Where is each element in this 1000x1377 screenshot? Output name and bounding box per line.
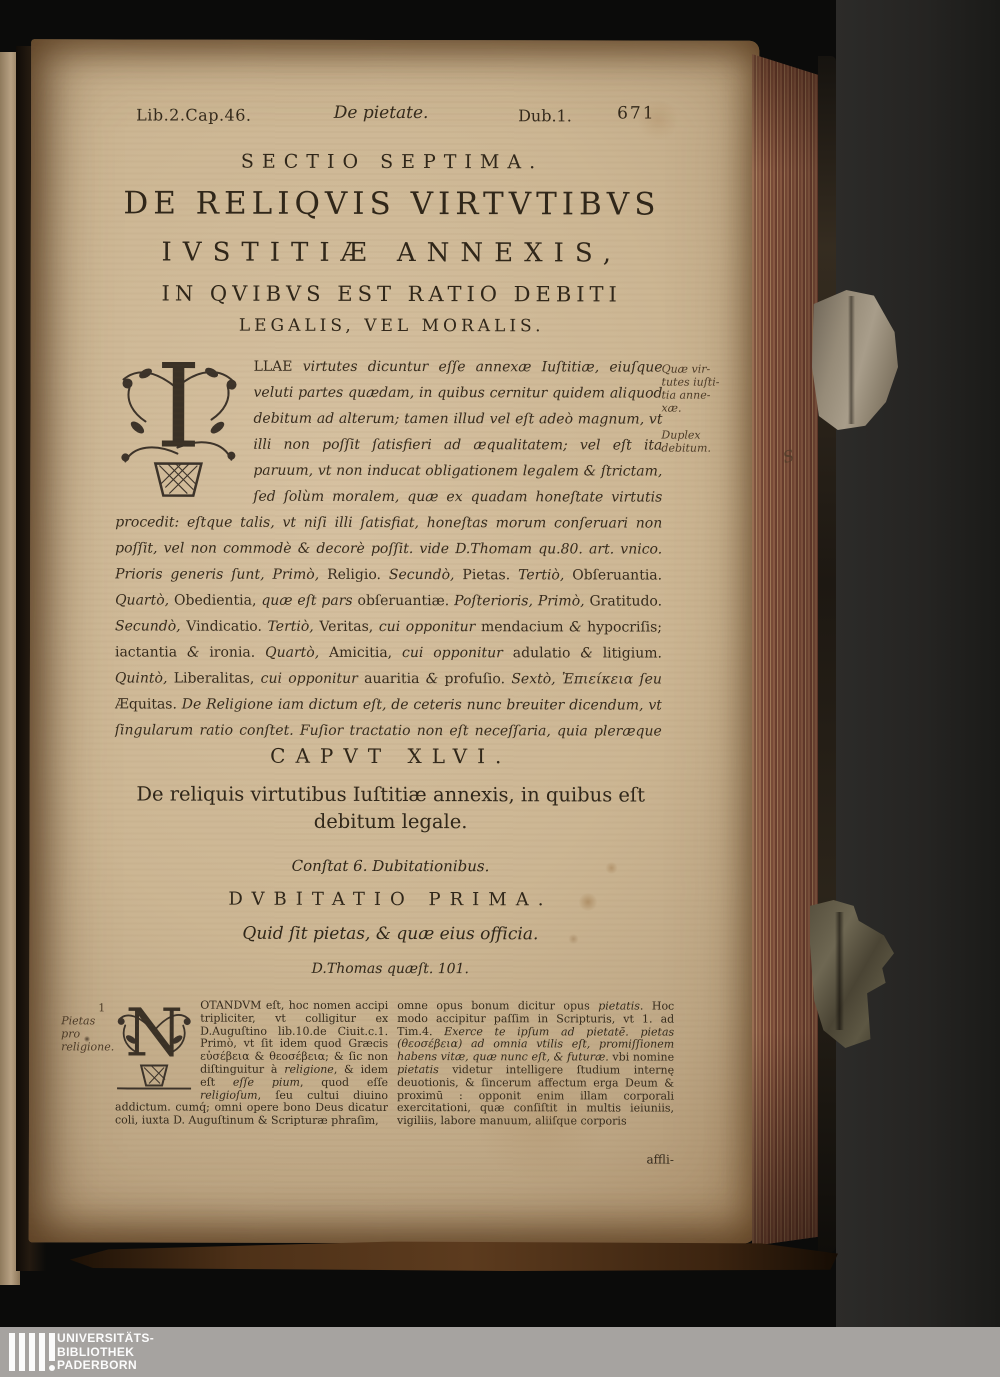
logo-bar-exclamation [49, 1333, 55, 1371]
logo-bar [9, 1333, 15, 1371]
body-column-right: omne opus bonum dicitur opus pietatis. H… [397, 1000, 674, 1161]
logo-bar [39, 1333, 45, 1371]
library-footer-bar: UNIVERSITÄTS- BIBLIOTHEK PADERBORN [0, 1327, 1000, 1377]
margin-note-pietas: 1 Pietas pro religione. [61, 1001, 111, 1053]
initial-letter-I: I [155, 353, 201, 465]
initial-letter-N: N [125, 999, 183, 1069]
running-header-title: De pietate. [319, 103, 443, 123]
library-logo-icon [9, 1333, 55, 1371]
book-scan: Lib.2.Cap.46. De pietate. Dub.1. 671 SEC… [0, 0, 1000, 1377]
section-title-line4: LEGALIS, VEL MORALIS. [119, 315, 665, 336]
body-column-left: N OTANDVM eſt, hoc nomen accipi triplici… [115, 999, 388, 1160]
decorative-initial-I: I [115, 357, 241, 499]
section-kicker: SECTIO SEPTIMA. [119, 150, 665, 173]
chapter-heading: CAPVT XLVI. [118, 743, 664, 768]
fore-edge-page-block [752, 54, 820, 1246]
margin-note-quae-virtutes: Quæ vir- tutes iuſti- tia anne- xæ. [661, 363, 729, 415]
dubitatio-question: Quid ſit pietas, & quæ eius officia. [117, 923, 663, 944]
library-name: UNIVERSITÄTS- BIBLIOTHEK PADERBORN [57, 1332, 154, 1373]
running-header-dubium: Dub.1. [518, 106, 572, 125]
margin-note-duplex-debitum: Duplex debitum. [661, 429, 729, 455]
section-title-line3: IN QVIBVS EST RATIO DEBITI [119, 281, 665, 306]
decorative-initial-N: N [115, 1001, 193, 1089]
margin-note-text: Pietas pro religione. [61, 1014, 111, 1053]
section-title-line1: DE RELIQVIS VIRTVTIBVS [119, 185, 665, 222]
book-page: Lib.2.Cap.46. De pietate. Dub.1. 671 SEC… [29, 39, 760, 1244]
intro-paragraph: I LLAE virtutes dicuntur eſſe annexæ Iuſ… [115, 353, 663, 746]
page-number: 671 [617, 103, 655, 123]
margin-note-number: 1 [61, 1001, 111, 1014]
logo-dot [49, 1365, 55, 1371]
running-header-book-chapter: Lib.2.Cap.46. [136, 105, 251, 124]
cover-board-bottom [70, 1241, 838, 1271]
dubitatio-heading: DVBITATIO PRIMA. [117, 888, 663, 910]
chapter-constat-note: Conſtat 6. Dubitationibus. [118, 856, 664, 875]
logo-bar [19, 1333, 25, 1371]
thomas-reference: D.Thomas quæſt. 101. [117, 960, 663, 977]
right-column-text: omne opus bonum dicitur opus pietatis. H… [397, 1000, 674, 1128]
scanner-background [836, 0, 1000, 1327]
cover-board-edge [818, 56, 836, 1252]
catchword: affli- [397, 1152, 674, 1167]
section-title-line2: IVSTITIÆ ANNEXIS, [119, 237, 665, 268]
logo-bar [29, 1333, 35, 1371]
chapter-subtitle: De reliquis virtutibus Iuſtitiæ annexis,… [118, 780, 664, 835]
